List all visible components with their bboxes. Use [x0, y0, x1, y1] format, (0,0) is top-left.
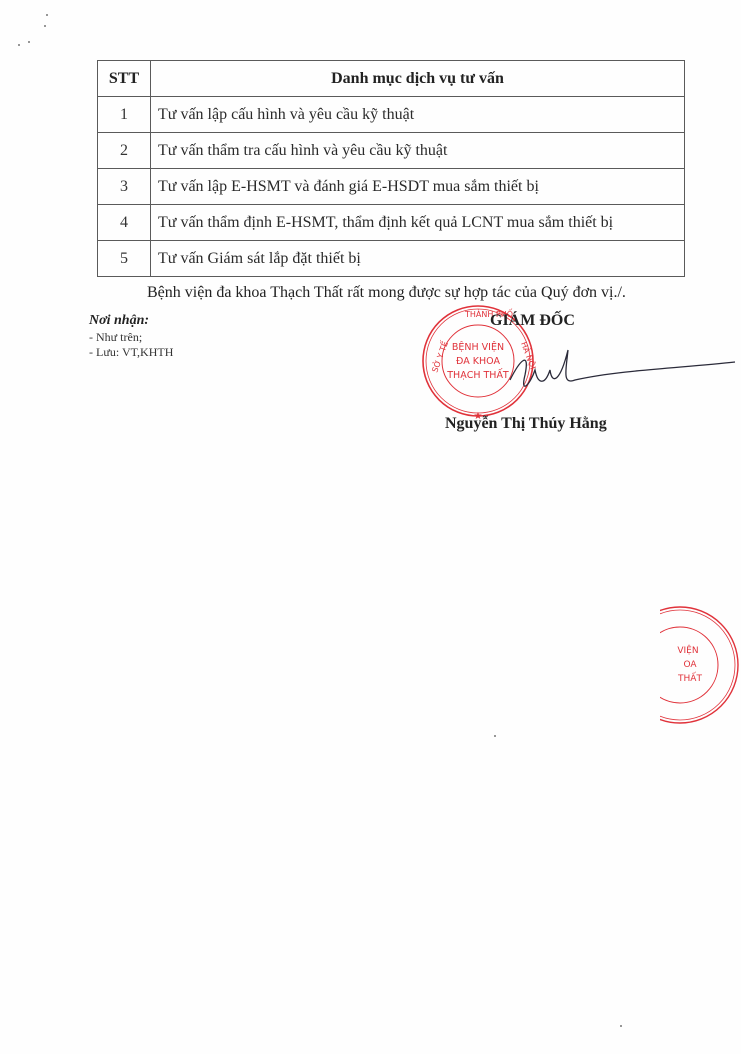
scan-speck — [28, 41, 30, 43]
table-row: 5 Tư vấn Giám sát lắp đặt thiết bị — [98, 241, 685, 277]
row-stt: 1 — [98, 97, 151, 133]
table-row: 4 Tư vấn thẩm định E-HSMT, thẩm định kết… — [98, 205, 685, 241]
table-row: 3 Tư vấn lập E-HSMT và đánh giá E-HSDT m… — [98, 169, 685, 205]
scan-speck — [18, 44, 20, 46]
scan-speck — [46, 14, 48, 16]
scan-speck — [44, 25, 46, 27]
handwritten-signature-icon — [500, 340, 740, 420]
recipients-title: Nơi nhận: — [89, 313, 149, 329]
row-stt: 4 — [98, 205, 151, 241]
table-row: 2 Tư vấn thẩm tra cấu hình và yêu cầu kỹ… — [98, 133, 685, 169]
svg-text:VIỆN: VIỆN — [677, 644, 698, 656]
header-stt: STT — [98, 61, 151, 97]
row-description: Tư vấn lập cấu hình và yêu cầu kỹ thuật — [151, 97, 685, 133]
row-stt: 3 — [98, 169, 151, 205]
row-description: Tư vấn Giám sát lắp đặt thiết bị — [151, 241, 685, 277]
signer-position: GIÁM ĐỐC — [490, 312, 575, 330]
document-page: STT Danh mục dịch vụ tư vấn 1 Tư vấn lập… — [0, 0, 741, 1054]
svg-text:BỆNH VIỆN: BỆNH VIỆN — [452, 341, 504, 353]
scan-speck — [620, 1025, 622, 1027]
row-description: Tư vấn thẩm định E-HSMT, thẩm định kết q… — [151, 205, 685, 241]
svg-text:OA: OA — [683, 660, 697, 670]
svg-text:THẤT: THẤT — [677, 672, 702, 684]
svg-text:ĐA KHOA: ĐA KHOA — [456, 356, 500, 367]
row-stt: 2 — [98, 133, 151, 169]
header-service-list: Danh mục dịch vụ tư vấn — [151, 61, 685, 97]
closing-sentence: Bệnh viện đa khoa Thạch Thất rất mong đư… — [147, 284, 626, 302]
scan-speck — [494, 735, 496, 737]
table-row: 1 Tư vấn lập cấu hình và yêu cầu kỹ thuậ… — [98, 97, 685, 133]
svg-text:SỞ Y TẾ: SỞ Y TẾ — [429, 339, 451, 374]
recipient-item: - Lưu: VT,KHTH — [89, 345, 173, 360]
table-header-row: STT Danh mục dịch vụ tư vấn — [98, 61, 685, 97]
recipient-item: - Như trên; — [89, 330, 142, 345]
service-table: STT Danh mục dịch vụ tư vấn 1 Tư vấn lập… — [97, 60, 685, 277]
row-description: Tư vấn lập E-HSMT và đánh giá E-HSDT mua… — [151, 169, 685, 205]
signer-name: Nguyễn Thị Thúy Hằng — [445, 415, 607, 433]
row-stt: 5 — [98, 241, 151, 277]
row-description: Tư vấn thẩm tra cấu hình và yêu cầu kỹ t… — [151, 133, 685, 169]
partial-stamp-icon: VIỆN OA THẤT — [660, 595, 741, 735]
